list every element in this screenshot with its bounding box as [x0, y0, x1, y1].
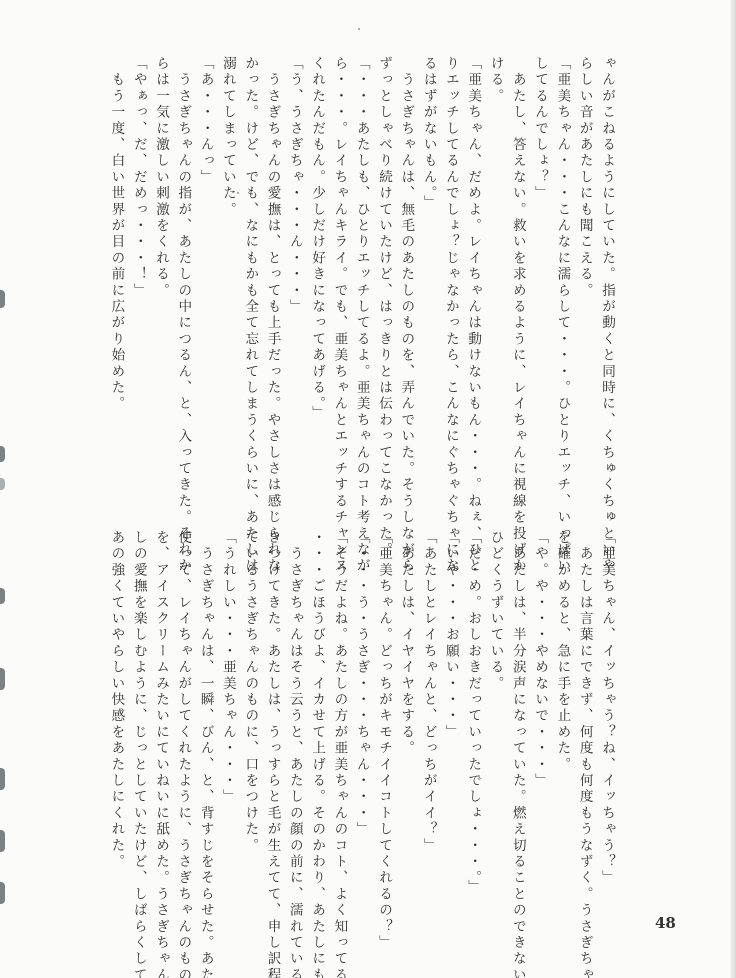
text-line: 「や。や・・・やめないで・・・」 [529, 530, 551, 940]
binding-hole-mark [0, 290, 5, 308]
page-edge-shadow [730, 0, 736, 978]
text-line: 「亜美ちゃん。どっちがキモチイイコトしてくれるの？」 [373, 530, 395, 940]
binding-hole-mark [0, 768, 5, 790]
text-line: を確かめると、急に手を止めた。 [551, 530, 573, 940]
text-line: 「・・・あたしも、ひとりエッチしてるよ。亜美ちゃんのコト考えなが [350, 56, 372, 496]
text-line: ているうさぎちゃんのものに、口をつけた。 [239, 530, 261, 940]
text-line: うさぎちゃんはそう云うと、あたしの顔の前に、濡れている秘部をつ [284, 530, 306, 940]
text-line: らしい音があたしにも聞こえる。 [573, 56, 595, 496]
text-line: しの愛撫を楽しむように、じっとしていたけど、しばらくして、また、 [127, 530, 149, 940]
page-number: 48 [655, 914, 676, 932]
text-line: 「うれしい・・・亜美ちゃん・・・」 [217, 530, 239, 940]
text-line: 「亜美ちゃん、だめよ。レイちゃんは動けないもん・・・。ねぇ、ひと [462, 56, 484, 496]
text-line: ら・・・。レイちゃんキライ。でも、亜美ちゃんとエッチするチャンス [328, 56, 350, 496]
text-line: ける。 [484, 56, 506, 496]
text-line: ゃんがこねるようにしていた。指が動くと同時に、くちゅくちゅといや [596, 56, 618, 496]
text-line: あたしは、イヤイヤをする。 [395, 530, 417, 940]
text-line: もう一度、白い世界が目の前に広がり始めた。 [105, 56, 127, 496]
text-line: 「あたしとレイちゃんと、どっちがイイ？」 [417, 530, 439, 940]
text-line: きつけてきた。あたしは、うっすらと毛が生えてて、申し訳程度に隠れ [261, 530, 283, 940]
text-block-bottom: 「亜美ちゃん、イッちゃう？ね、イッちゃう？」 あたしは言葉にできず、何度も何度も… [105, 530, 618, 940]
binding-hole-mark [0, 882, 5, 904]
text-line: らは一気に激しい刺激をくれる。 [150, 56, 172, 496]
text-block-top: ゃんがこねるようにしていた。指が動くと同時に、くちゅくちゅといや らしい音があた… [105, 56, 618, 496]
text-line: あたしは言葉にできず、何度も何度もうなずく。うさぎちゃんはそれ [573, 530, 595, 940]
text-line: あの強くていやらしい快感をあたしにくれた。 [105, 530, 127, 940]
text-line: うさぎちゃんは、無毛のあたしのものを、弄んでいた。そうしながら [395, 56, 417, 496]
binding-hole-mark [0, 446, 5, 462]
text-line: してるんでしょ？」 [529, 56, 551, 496]
text-line: 溺れてしまっていた。 [217, 56, 239, 496]
text-line: 「う、うさぎちゃ・・・ん・・・」 [284, 56, 306, 496]
text-line: 「いや・・・お願い・・・」 [440, 530, 462, 940]
text-line: あたしは、半分涙声になっていた。燃え切ることのできないあそこが [507, 530, 529, 940]
text-line: ・・・ごほうびよ、イカせて上げる。そのかわり、あたしにもして。」 [306, 530, 328, 940]
text-line: うさぎちゃんの愛撫は、とっても上手だった。やさしさは感じられな [261, 56, 283, 496]
text-line: あたし、答えない。救いを求めるように、レイちゃんに視線を投げか [507, 56, 529, 496]
text-line: うさぎちゃんの指が、あたしの中につるん、と、入ってきた。それか [172, 56, 194, 496]
scanned-book-page: ゃんがこねるようにしていた。指が動くと同時に、くちゅくちゅといや らしい音があた… [0, 0, 736, 978]
text-line: 「やぁっ、だ、だめっ・・・！」 [127, 56, 149, 496]
binding-hole-mark [0, 478, 5, 490]
text-line: 「亜美ちゃん、イッちゃう？ね、イッちゃう？」 [596, 530, 618, 940]
text-line: 使って、レイちゃんがしてくれたように、うさぎちゃんのもののすべて [172, 530, 194, 940]
text-line: かった。けど、でも、なにもかも全て忘れてしまうくらいに、あたしは [239, 56, 261, 496]
scan-speck [358, 28, 360, 30]
text-line: ずっとしゃべり続けていたけど、はっきりとは伝わってこなかった。 [373, 56, 395, 496]
text-line: 「そうだよね。あたしの方が亜美ちゃんのコト、よく知ってるんだもん [328, 530, 350, 940]
text-line: 「・・・う・うさぎ・・・ちゃん・・・」 [350, 530, 372, 940]
text-line: 「亜美ちゃん・・・こんなに濡らして・・・。ひとりエッチ、いっぱい [551, 56, 573, 496]
binding-hole-mark [0, 668, 5, 690]
binding-hole-mark [0, 830, 5, 852]
binding-hole-mark [0, 588, 5, 604]
text-line: 「だ・め。おしおきだっていったでしょ・・・。」 [462, 530, 484, 940]
text-line: うさぎちゃんは、一瞬、びん、と、背すじをそらせた。あたしは舌を [194, 530, 216, 940]
text-line: くれたんだもん。少しだけ好きになってあげる。」 [306, 56, 328, 496]
text-line: りエッチしてるんでしょ？じゃなかったら、こんなにぐちゃぐちゃにな [440, 56, 462, 496]
text-line: 「あ・・・んっ」 [194, 56, 216, 496]
text-line: ひどくうずいている。 [484, 530, 506, 940]
text-line: るはずがないもん。」 [417, 56, 439, 496]
text-line: を、アイスクリームみたいにていねいに舐めた。うさぎちゃんは、あた [150, 530, 172, 940]
